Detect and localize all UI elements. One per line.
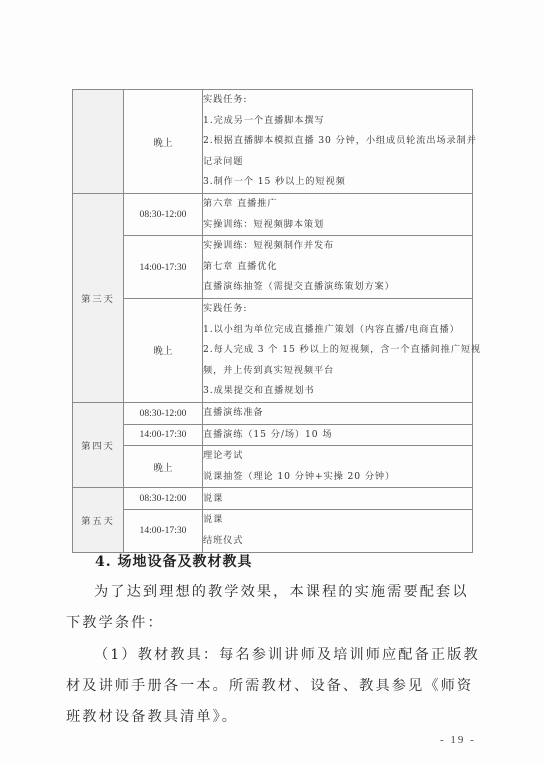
table-row: 第五天 08:30-12:00 说课 [73,488,473,510]
body-paragraph: （1）教材教具：每名参训讲师及培训师应配备正版教材及讲师手册各一本。所需教材、设… [66,640,484,733]
day-cell [73,90,124,194]
content-cell: 实操训练：短视频制作并发布 第七章 直播优化 直播演练抽签（需提交直播演练策划方… [203,236,473,299]
content-line: 实践任务: [203,90,472,111]
content-line: 第七章 直播优化 [203,257,472,278]
content-line: 3.制作一个 15 秒以上的短视频 [203,172,472,193]
day-cell: 第三天 [73,194,124,403]
content-line: 理论考试 [203,446,472,467]
page-number: - 19 - [440,734,476,746]
table-row: 第三天 08:30-12:00 第六章 直播推广 实操训练：短视频脚本策划 [73,194,473,236]
content-line: 记录问题 [203,152,472,173]
content-line: 1.以小组为单位完成直播推广策划（内容直播/电商直播） [203,320,472,341]
time-cell: 08:30-12:00 [124,194,203,236]
content-line: 说课抽签（理论 10 分钟+实操 20 分钟） [203,467,472,488]
table-row: 14:00-17:30 说课 结班仪式 [73,510,473,552]
table-row: 晚上 实践任务: 1.以小组为单位完成直播推广策划（内容直播/电商直播） 2.每… [73,298,473,402]
content-line: 直播演练（15 分/场）10 场 [203,425,472,446]
content-line: 直播演练准备 [203,403,472,424]
content-line: 实践任务: [203,299,472,320]
time-cell: 14:00-17:30 [124,424,203,446]
time-cell: 08:30-12:00 [124,488,203,510]
table-row: 14:00-17:30 实操训练：短视频制作并发布 第七章 直播优化 直播演练抽… [73,236,473,299]
content-line: 结班仪式 [203,531,472,552]
table-row: 晚上 实践任务: 1.完成另一个直播脚本撰写 2.根据直播脚本模拟直播 30 分… [73,90,473,194]
document-page: 晚上 实践任务: 1.完成另一个直播脚本撰写 2.根据直播脚本模拟直播 30 分… [0,0,543,765]
content-cell: 直播演练准备 [203,402,473,424]
time-cell: 14:00-17:30 [124,510,203,552]
content-line: 2.根据直播脚本模拟直播 30 分钟，小组成员轮流出场录制并 [203,131,472,152]
content-line: 第六章 直播推广 [203,194,472,215]
content-cell: 说课 [203,488,473,510]
content-line: 说课 [203,510,472,531]
content-line: 频，并上传到真实短视频平台 [203,361,472,382]
content-line: 2.每人完成 3 个 15 秒以上的短视频，含一个直播间推广短视 [203,340,472,361]
time-cell: 14:00-17:30 [124,236,203,299]
training-schedule-table: 晚上 实践任务: 1.完成另一个直播脚本撰写 2.根据直播脚本模拟直播 30 分… [72,89,473,553]
time-cell: 晚上 [124,90,203,194]
content-cell: 理论考试 说课抽签（理论 10 分钟+实操 20 分钟） [203,446,473,488]
content-line: 说课 [203,489,472,510]
body-paragraph: 为了达到理想的教学效果，本课程的实施需要配套以下教学条件： [66,577,484,639]
time-cell: 晚上 [124,298,203,402]
content-line: 直播演练抽签（需提交直播演练策划方案） [203,277,472,298]
table-row: 第四天 08:30-12:00 直播演练准备 [73,402,473,424]
content-line: 实操训练：短视频制作并发布 [203,236,472,257]
content-cell: 第六章 直播推广 实操训练：短视频脚本策划 [203,194,473,236]
content-line: 实操训练：短视频脚本策划 [203,215,472,236]
content-line: 1.完成另一个直播脚本撰写 [203,111,472,132]
table-row: 晚上 理论考试 说课抽签（理论 10 分钟+实操 20 分钟） [73,446,473,488]
section-heading: 4. 场地设备及教材教具 [95,551,253,571]
day-cell: 第五天 [73,488,124,552]
table-row: 14:00-17:30 直播演练（15 分/场）10 场 [73,424,473,446]
day-cell: 第四天 [73,402,124,487]
content-cell: 直播演练（15 分/场）10 场 [203,424,473,446]
content-cell: 实践任务: 1.完成另一个直播脚本撰写 2.根据直播脚本模拟直播 30 分钟，小… [203,90,473,194]
content-cell: 实践任务: 1.以小组为单位完成直播推广策划（内容直播/电商直播） 2.每人完成… [203,298,473,402]
content-cell: 说课 结班仪式 [203,510,473,552]
time-cell: 晚上 [124,446,203,488]
time-cell: 08:30-12:00 [124,402,203,424]
content-line: 3.成果提交和直播规划书 [203,381,472,402]
